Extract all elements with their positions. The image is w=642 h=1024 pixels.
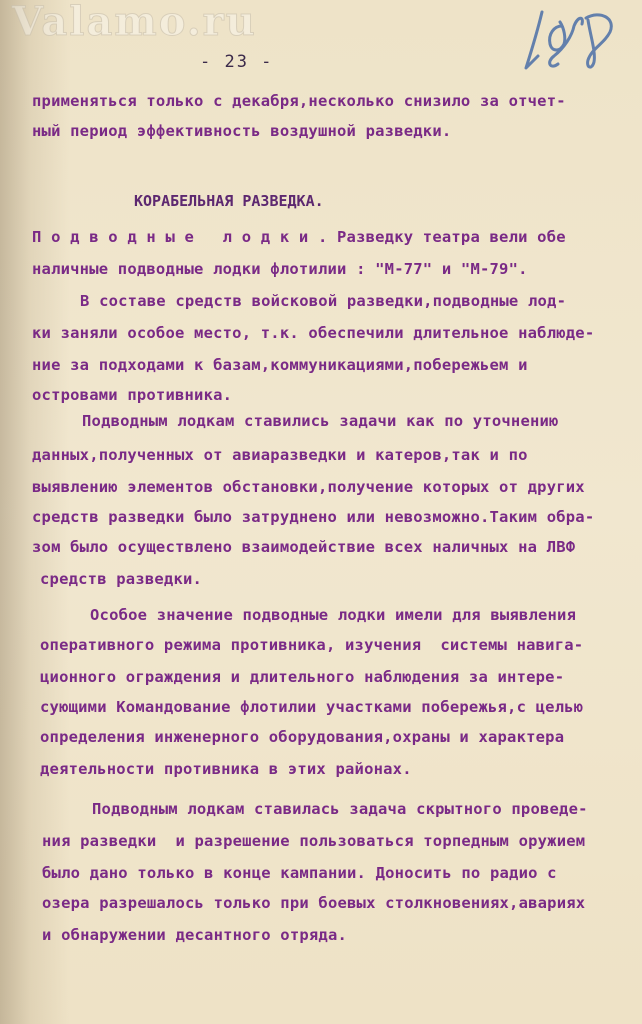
text-line: и обнаружении десантного отряда. [42, 926, 347, 944]
text-line: данных,полученных от авиаразведки и кате… [32, 446, 528, 464]
text-line: было дано только в конце кампании. Донос… [42, 864, 557, 882]
text-line: ки заняли особое место, т.к. обеспечили … [32, 324, 594, 342]
text-line: П о д в о д н ы е л о д к и . Разведку т… [32, 228, 566, 246]
document-page: Valamo.ru - 23 - применяться только с де… [0, 0, 642, 1024]
text-line: островами противника. [32, 386, 232, 404]
text-line: наличные подводные лодки флотилии : "М-7… [32, 260, 528, 278]
text-line: Подводным лодкам ставилась задача скрытн… [92, 800, 588, 818]
text-line: ционного ограждения и длительного наблюд… [40, 668, 564, 686]
handwritten-page-number-icon [520, 4, 630, 74]
text-line: средств разведки. [40, 570, 202, 588]
text-line: Подводным лодкам ставились задачи как по… [82, 412, 559, 430]
text-line: выявлению элементов обстановки,получение… [32, 478, 585, 496]
text-line: применяться только с декабря,несколько с… [32, 92, 566, 110]
text-line: деятельности противника в этих районах. [40, 760, 412, 778]
text-line: ние за подходами к базам,коммуникациями,… [32, 356, 528, 374]
text-line: средств разведки было затруднено или нев… [32, 508, 594, 526]
text-line: оперативного режима противника, изучения… [40, 636, 583, 654]
text-line: ния разведки и разрешение пользоваться т… [42, 832, 585, 850]
watermark: Valamo.ru [12, 0, 257, 45]
text-line: сующими Командование флотилии участками … [40, 698, 583, 716]
text-line: озера разрешалось только при боевых стол… [42, 894, 585, 912]
section-heading: КОРАБЕЛЬНАЯ РАЗВЕДКА. [134, 192, 324, 210]
text-line: Особое значение подводные лодки имели дл… [90, 606, 576, 624]
text-line: В составе средств войсковой разведки,под… [80, 292, 566, 310]
text-line: определения инженерного оборудования,охр… [40, 728, 564, 746]
text-line: зом было осуществлено взаимодействие все… [32, 538, 575, 556]
page-number: - 23 - [200, 52, 273, 72]
text-line: ный период эффективность воздушной разве… [32, 122, 451, 140]
